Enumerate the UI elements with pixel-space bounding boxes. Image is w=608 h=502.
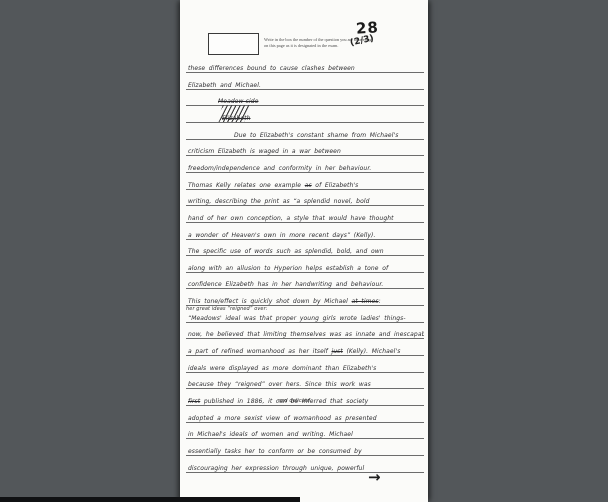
handwritten-text: adopted a more sexist view of womanhood …: [186, 415, 377, 422]
handwritten-text: hand of her own conception, a style that…: [186, 215, 394, 222]
text-segment: ideals were displayed as more dominant t…: [188, 365, 376, 372]
handwritten-text: along with an allusion to Hyperion helps…: [186, 265, 388, 272]
essay-line: discouraging her expression through uniq…: [186, 458, 424, 473]
interline-insertion: and delicate: [278, 398, 310, 404]
scratched-out-scribble: [217, 105, 250, 122]
text-segment: a wonder of Heaven's own in more recent …: [188, 232, 375, 239]
scanned-exam-page: Write in the box the number of the quest…: [180, 0, 428, 502]
text-segment: confidence Elizabeth has in her handwrit…: [188, 281, 383, 288]
text-segment: criticism Elizabeth is waged in a war be…: [188, 148, 341, 155]
bottom-edge-strip: [0, 497, 300, 502]
continuation-arrow-icon: →: [368, 468, 381, 486]
essay-line: ideals were displayed as more dominant t…: [186, 358, 424, 373]
essay-line: freedom/independence and conformity in h…: [186, 158, 424, 173]
text-segment: writing, describing the print as “a sple…: [188, 198, 370, 205]
struck-out-word: just: [332, 348, 343, 355]
handwritten-text: The specific use of words such as splend…: [186, 248, 384, 255]
text-segment: adopted a more sexist view of womanhood …: [188, 415, 377, 422]
text-segment: This tone/effect is quickly shot down by…: [188, 298, 352, 305]
handwritten-text: This tone/effect is quickly shot down by…: [186, 298, 381, 305]
handwritten-text: essentially tasks her to conform or be c…: [186, 448, 362, 455]
essay-line: hand of her own conception, a style that…: [186, 208, 424, 223]
handwritten-text: Elizabeth and Michael.: [186, 82, 261, 89]
text-segment: a part of refined womanhood as her itsel…: [188, 348, 332, 355]
text-segment: discouraging her expression through uniq…: [188, 465, 364, 472]
essay-line: along with an allusion to Hyperion helps…: [186, 258, 424, 273]
essay-line: writing, describing the print as “a sple…: [186, 191, 424, 206]
text-segment: Thomas Kelly relates one example: [188, 182, 305, 189]
essay-line: Meadow-side: [186, 91, 424, 106]
text-segment: freedom/independence and conformity in h…: [188, 165, 371, 172]
essay-line: Elizabeth and Michael.: [186, 75, 424, 90]
essay-line: now, he believed that limiting themselve…: [186, 324, 424, 339]
text-segment: Elizabeth and Michael.: [188, 82, 261, 89]
essay-line: confidence Elizabeth has in her handwrit…: [186, 274, 424, 289]
text-segment: essentially tasks her to conform or be c…: [188, 448, 362, 455]
handwritten-text: “Meadows' ideal was that proper young gi…: [186, 315, 406, 322]
handwritten-text: these differences bound to cause clashes…: [186, 65, 355, 72]
handwritten-text: a wonder of Heaven's own in more recent …: [186, 232, 375, 239]
text-segment: in Michael's ideals of women and writing…: [188, 431, 353, 438]
handwritten-text: ideals were displayed as more dominant t…: [186, 365, 376, 372]
interline-insertion: her great ideas “reigned” over:: [186, 306, 268, 312]
handwritten-text: now, he believed that limiting themselve…: [186, 331, 424, 338]
text-segment: (Kelly). Michael's: [343, 348, 401, 355]
essay-line: in Michael's ideals of women and writing…: [186, 424, 424, 439]
text-segment: The specific use of words such as splend…: [188, 248, 384, 255]
struck-out-word: first: [188, 398, 200, 405]
handwritten-text: in Michael's ideals of women and writing…: [186, 431, 353, 438]
essay-line: because they “reigned” over hers. Since …: [186, 374, 424, 389]
essay-line: adopted a more sexist view of womanhood …: [186, 408, 424, 423]
text-segment: along with an allusion to Hyperion helps…: [188, 265, 388, 272]
handwritten-text: Due to Elizabeth's constant shame from M…: [186, 132, 398, 139]
essay-line: Thomas Kelly relates one example as of E…: [186, 175, 424, 190]
essay-line: Due to Elizabeth's constant shame from M…: [186, 125, 424, 140]
handwritten-text: criticism Elizabeth is waged in a war be…: [186, 148, 341, 155]
handwritten-text: because they “reigned” over hers. Since …: [186, 381, 371, 388]
essay-line: a part of refined womanhood as her itsel…: [186, 341, 424, 356]
text-segment: of Elizabeth's: [312, 182, 359, 189]
text-segment: because they “reigned” over hers. Since …: [188, 381, 371, 388]
essay-line: a wonder of Heaven's own in more recent …: [186, 225, 424, 240]
struck-out-word: at times: [352, 298, 379, 305]
essay-line: criticism Elizabeth is waged in a war be…: [186, 141, 424, 156]
text-segment: Due to Elizabeth's constant shame from M…: [234, 132, 398, 139]
handwritten-text: discouraging her expression through uniq…: [186, 465, 364, 472]
essay-line: these differences bound to cause clashes…: [186, 58, 424, 73]
handwritten-text: a part of refined womanhood as her itsel…: [186, 348, 400, 355]
screenshot-viewport: Write in the box the number of the quest…: [0, 0, 608, 502]
handwritten-text: confidence Elizabeth has in her handwrit…: [186, 281, 383, 288]
text-segment: these differences bound to cause clashes…: [188, 65, 355, 72]
text-segment: :: [379, 298, 381, 305]
handwritten-text: freedom/independence and conformity in h…: [186, 165, 371, 172]
essay-line: The specific use of words such as splend…: [186, 241, 424, 256]
essay-line: essentially tasks her to conform or be c…: [186, 441, 424, 456]
text-segment: now, he believed that limiting themselve…: [188, 331, 424, 338]
question-number-box: [208, 33, 259, 55]
text-segment: hand of her own conception, a style that…: [188, 215, 394, 222]
handwritten-text: writing, describing the print as “a sple…: [186, 198, 370, 205]
struck-out-word: as: [305, 182, 312, 189]
essay-line: This tone/effect is quickly shot down by…: [186, 291, 424, 306]
handwritten-text: Thomas Kelly relates one example as of E…: [186, 182, 358, 189]
text-segment: “Meadows' ideal was that proper young gi…: [188, 315, 406, 322]
